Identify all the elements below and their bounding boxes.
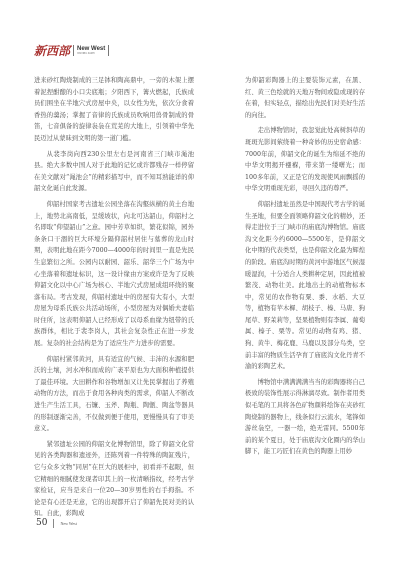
article-column-left: 进来砂红陶烧制成的三足钵和陶高鼎中，一旁的木架上摆着泥捏酣酿的小口尖底瓶；夕阳西…: [34, 75, 194, 524]
paragraph: 走出博物馆时，我忽觉此处高树斜草的斑斑光影间萦绕着一种奇妙的历史宿命感：7000…: [245, 125, 365, 195]
page-number: 50: [36, 518, 47, 528]
logo-english: New West: [77, 46, 105, 52]
paragraph: 仰韶村紧邻黄河，具有适宜的气候、丰沛的水源和肥沃的土壤，河水冲积而成的广袤平原也…: [34, 354, 194, 435]
paragraph: 仰韶村国家考古遗址公园坐落在沟壑纵横的黄土台地上，地势北高南低，呈缓坡状，向北可…: [34, 199, 194, 350]
masthead-divider-end: [108, 45, 109, 56]
page-footer: 50 New West: [36, 518, 77, 528]
paragraph: 为仰韶彩陶器上的主要装饰元素，在黑、红、黄三色绘就的天地万物间或隐或现的存在着，…: [245, 75, 365, 121]
logo-english-block: New West XINXIBU ZAZHI: [77, 46, 105, 56]
masthead-divider: [73, 45, 74, 56]
article-column-right: 为仰韶彩陶器上的主要装饰元素，在黑、红、黄三色绘就的天地万物间或隐或现的存在着，…: [245, 75, 365, 462]
magazine-logo: 新西部: [34, 42, 70, 59]
footer-divider: [53, 519, 54, 528]
paragraph: 从裴李岗向西230公里左右是河南省三门峡市渑池县。绝大多数中国人对于此地的记忆或…: [34, 149, 194, 195]
masthead: 新西部 New West XINXIBU ZAZHI: [34, 42, 109, 59]
paragraph: 博物馆中满满满满当当的彩陶器将自己极致的装饰性展示得淋漓尽致。制作者用类似毛笔的…: [245, 377, 365, 458]
paragraph: 紧邻遗址公园的仰韶文化博物馆里，除了仰韶文化常见的各类陶器和遗迹外，还陈列着一件…: [34, 439, 194, 520]
paragraph: 仰韶村遗址虽然是中国现代考古学的诞生圣地，但要全面领略仰韶文化的精妙，还得走进位…: [245, 199, 365, 373]
logo-subtitle: XINXIBU ZAZHI: [77, 53, 105, 56]
paragraph: 进来砂红陶烧制成的三足钵和陶高鼎中，一旁的木架上摆着泥捏酣酿的小口尖底瓶；夕阳西…: [34, 75, 194, 145]
footer-brand: New West: [60, 521, 76, 526]
